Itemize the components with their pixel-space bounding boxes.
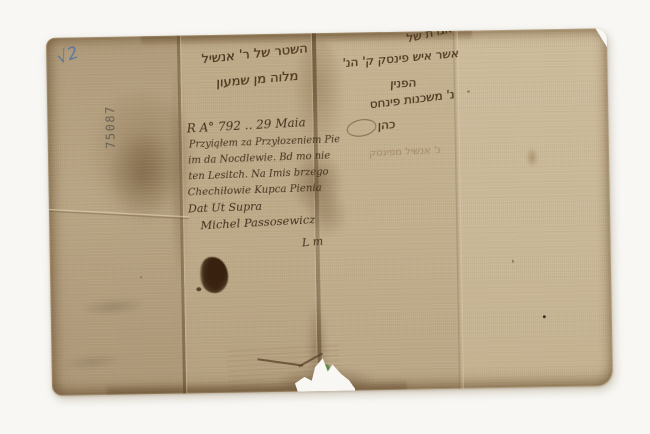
paper-speck-1 (467, 91, 470, 93)
photo-background: √2 75087 השטר של ר' אנשיל מלוה מן שמעון … (0, 0, 650, 434)
hebrew-inscription-b-line-3: הפנין (360, 76, 417, 93)
right-panel-mark (526, 147, 538, 167)
paper-speck-2 (512, 260, 514, 263)
latin-initials: L m (301, 235, 323, 250)
catalog-stamp: 75087 (103, 99, 120, 149)
manuscript-document: √2 75087 השטר של ר' אנשיל מלוה מן שמעון … (46, 28, 613, 396)
latin-line-6: Dat Ut Supra (188, 200, 262, 216)
panel-right (454, 28, 613, 389)
paper-speck-3 (140, 276, 142, 278)
black-dot (543, 315, 546, 318)
